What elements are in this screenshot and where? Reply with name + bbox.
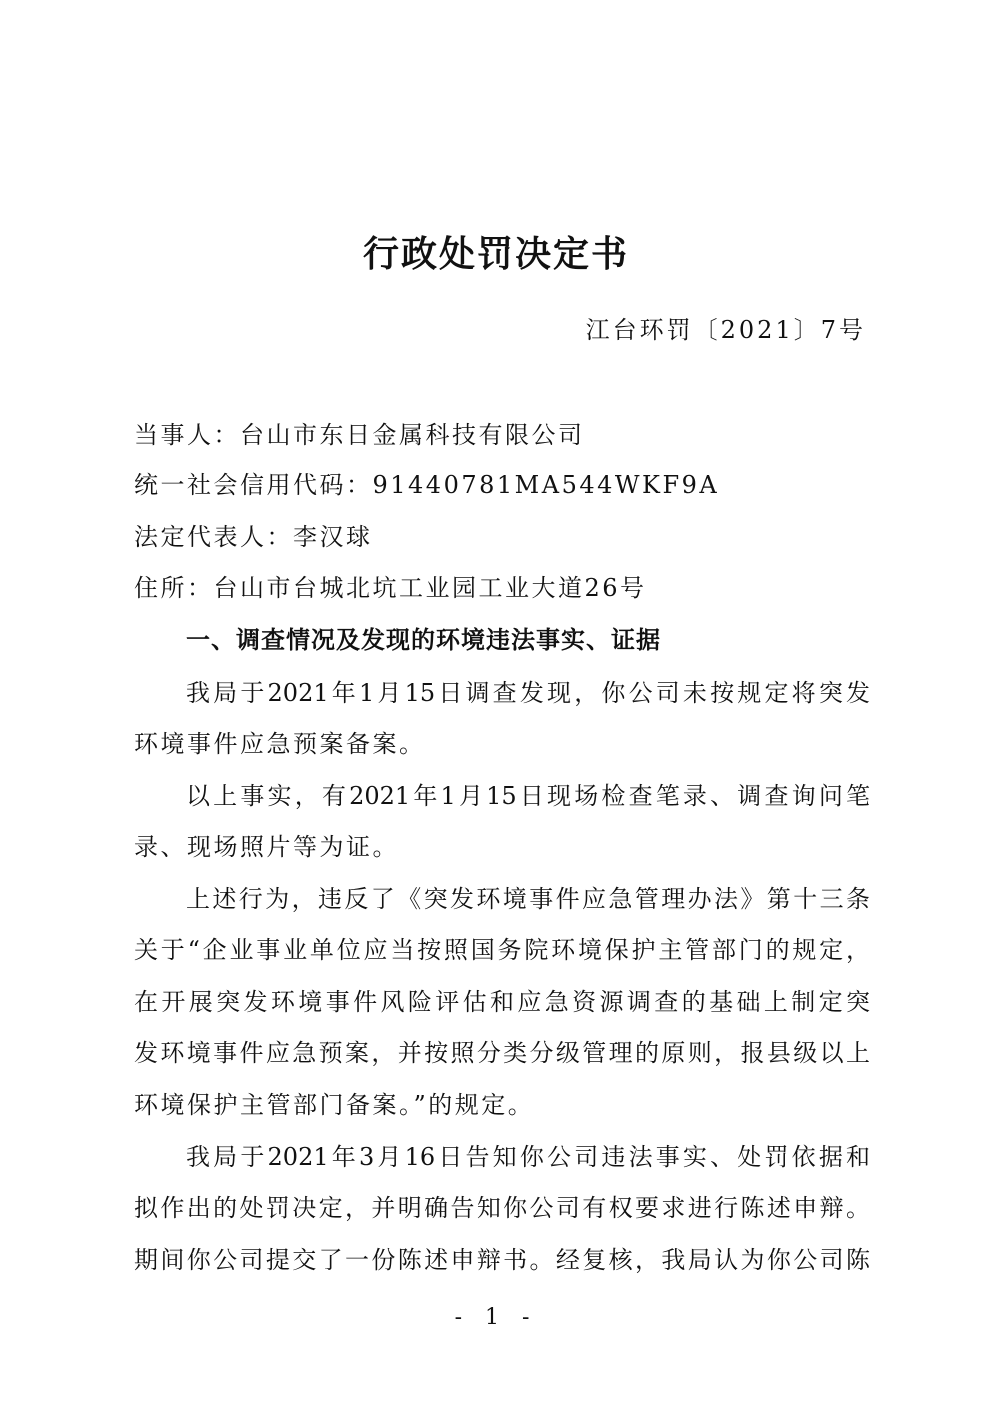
document-number: 江台环罚〔2021〕7号 — [586, 310, 866, 350]
section-heading: 一、调查情况及发现的环境违法事实、证据 — [186, 620, 870, 660]
party-label: 当事人： — [134, 421, 240, 449]
paragraph-line: 期间你公司提交了一份陈述申辩书。经复核，我局认为你公司陈 — [134, 1240, 870, 1280]
credit-code-value: 91440781MA544WKF9A — [373, 471, 720, 499]
paragraph-line: 关于“企业事业单位应当按照国务院环境保护主管部门的规定， — [134, 930, 870, 970]
document-page: 行政处罚决定书 江台环罚〔2021〕7号 当事人：台山市东日金属科技有限公司 统… — [0, 0, 992, 1403]
party-value: 台山市东日金属科技有限公司 — [240, 421, 585, 449]
credit-code-line: 统一社会信用代码：91440781MA544WKF9A — [134, 465, 870, 505]
paragraph-line: 发环境事件应急预案，并按照分类分级管理的原则，报县级以上 — [134, 1033, 870, 1073]
page-number: - 1 - — [0, 1300, 992, 1336]
address-line: 住所：台山市台城北坑工业园工业大道26号 — [134, 568, 870, 608]
paragraph-line: 以上事实，有2021年1月15日现场检查笔录、调查询问笔 — [186, 776, 870, 816]
paragraph-line: 环境事件应急预案备案。 — [134, 724, 870, 764]
paragraph-line: 上述行为，违反了《突发环境事件应急管理办法》第十三条 — [186, 879, 870, 919]
address-label: 住所： — [134, 574, 214, 602]
paragraph-line: 我局于2021年1月15日调查发现，你公司未按规定将突发 — [186, 673, 870, 713]
legal-rep-label: 法定代表人： — [134, 523, 293, 551]
address-value: 台山市台城北坑工业园工业大道26号 — [214, 574, 647, 602]
legal-rep-line: 法定代表人：李汉球 — [134, 517, 870, 557]
document-title: 行政处罚决定书 — [0, 228, 992, 280]
party-line: 当事人：台山市东日金属科技有限公司 — [134, 415, 870, 455]
paragraph-line: 拟作出的处罚决定，并明确告知你公司有权要求进行陈述申辩。 — [134, 1188, 870, 1228]
paragraph-line: 环境保护主管部门备案。”的规定。 — [134, 1085, 870, 1125]
legal-rep-value: 李汉球 — [293, 523, 373, 551]
paragraph-line: 在开展突发环境事件风险评估和应急资源调查的基础上制定突 — [134, 982, 870, 1022]
paragraph-line: 录、现场照片等为证。 — [134, 827, 870, 867]
credit-code-label: 统一社会信用代码： — [134, 471, 373, 499]
paragraph-line: 我局于2021年3月16日告知你公司违法事实、处罚依据和 — [186, 1137, 870, 1177]
